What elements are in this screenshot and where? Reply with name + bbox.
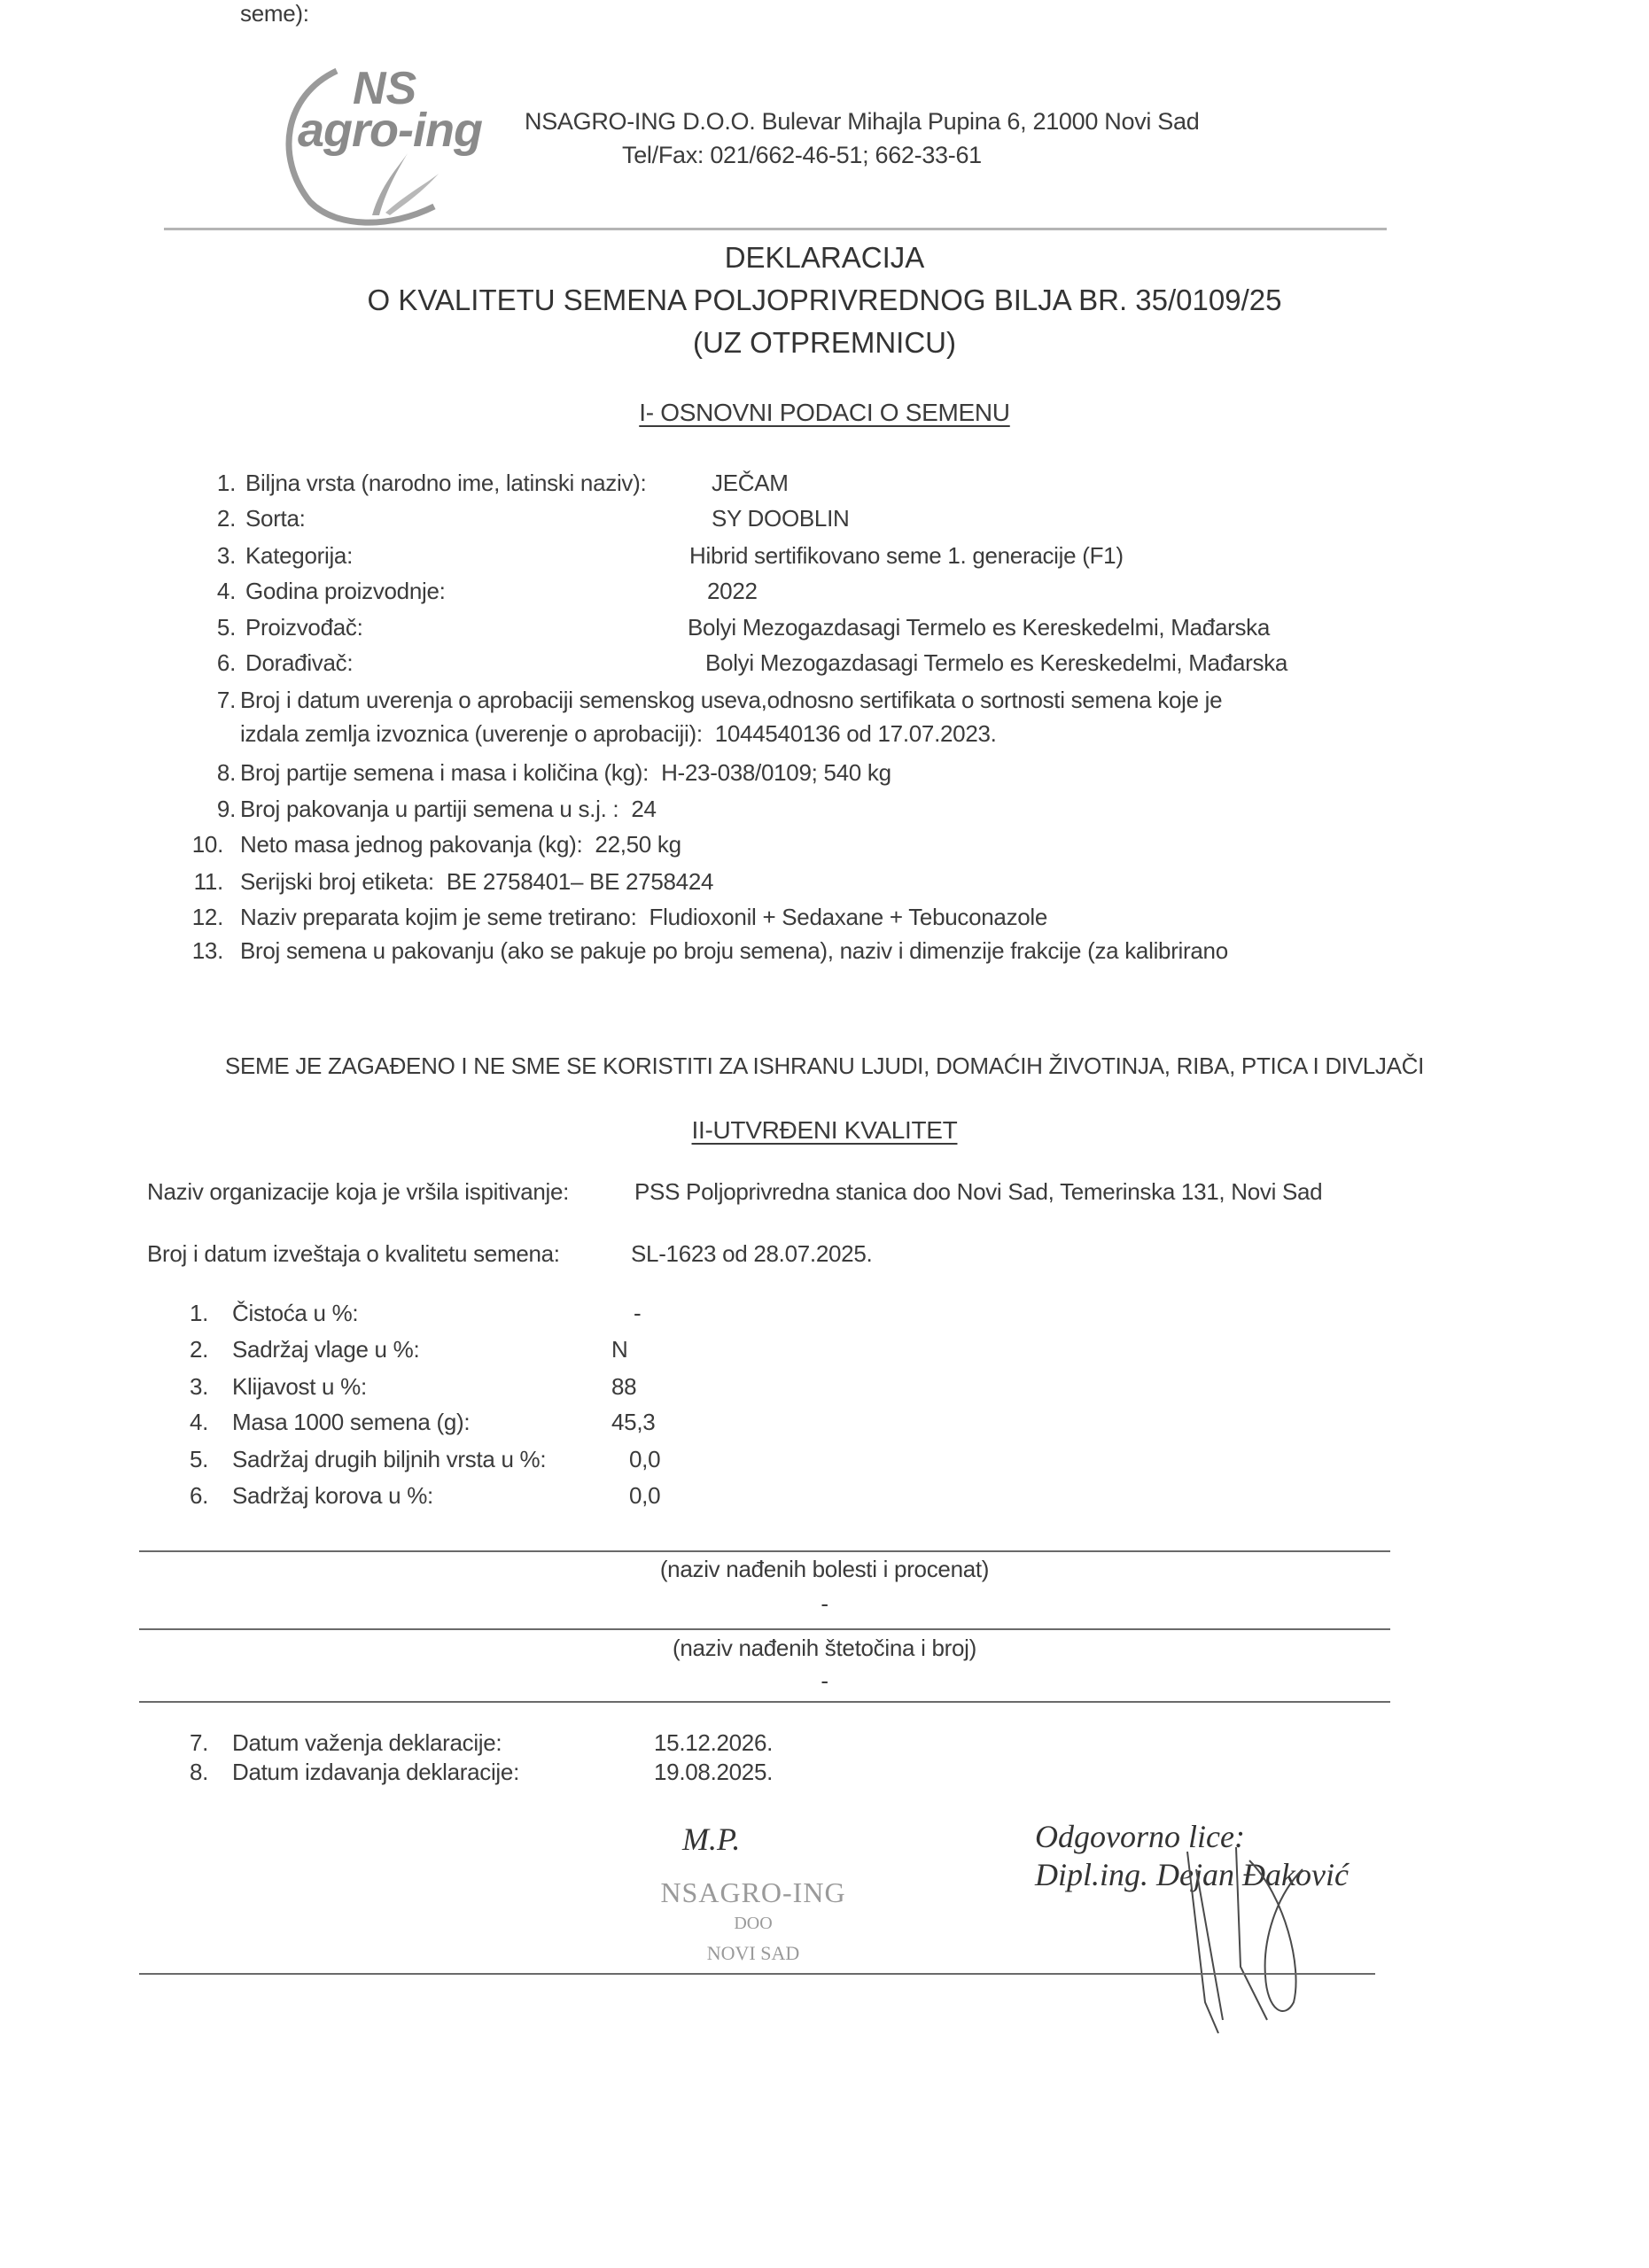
item-label: Biljna vrsta (narodno ime, latinski nazi…: [245, 470, 646, 497]
item-number: 6.: [200, 649, 236, 677]
item-number: 5.: [200, 614, 236, 641]
quality-item-value: 45,3: [611, 1409, 655, 1436]
section2-heading: II-UTVRĐENI KVALITET: [0, 1116, 1649, 1145]
pests-value: -: [0, 1667, 1649, 1695]
item-value: H-23-038/0109; 540 kg: [661, 759, 891, 787]
item-label: Broj partije semena i masa i količina (k…: [240, 759, 649, 787]
company-stamp-type: DOO: [620, 1914, 886, 1934]
item-number: 12.: [188, 904, 223, 931]
divider-diseases-top: [139, 1550, 1390, 1552]
item-value: 24: [631, 796, 656, 823]
date-item-number: 7.: [190, 1729, 208, 1757]
item-value: SY DOOBLIN: [712, 505, 849, 532]
item-label: Dorađivač:: [245, 649, 353, 677]
quality-item-label: Sadržaj drugih biljnih vrsta u %:: [232, 1446, 546, 1473]
item-number: 10.: [188, 831, 223, 858]
item-value: Bolyi Mezogazdasagi Termelo es Kereskede…: [688, 614, 1270, 641]
quality-item-number: 1.: [190, 1300, 208, 1327]
quality-item-number: 6.: [190, 1482, 208, 1510]
item-value: Fludioxonil + Sedaxane + Tebuconazole: [649, 904, 1048, 931]
quality-item-value: 0,0: [629, 1446, 660, 1473]
item-number: 7.: [200, 687, 236, 714]
item-number: 2.: [200, 505, 236, 532]
item-label: Serijski broj etiketa:: [240, 868, 434, 896]
company-contact: Tel/Fax: 021/662-46-51; 662-33-61: [622, 142, 982, 169]
document-title: DEKLARACIJA: [0, 241, 1649, 275]
item-value: BE 2758401– BE 2758424: [447, 868, 713, 896]
document-subtitle: O KVALITETU SEMENA POLJOPRIVREDNOG BILJA…: [0, 283, 1649, 317]
signature-baseline: [139, 1973, 1375, 1975]
item-label: Broj pakovanja u partiji semena u s.j. :: [240, 796, 618, 823]
report-label: Broj i datum izveštaja o kvalitetu semen…: [147, 1240, 560, 1268]
quality-item-label: Čistoća u %:: [232, 1300, 358, 1327]
item-value: 2022: [707, 578, 758, 605]
quality-item-label: Sadržaj vlage u %:: [232, 1336, 419, 1363]
item-value: 22,50 kg: [595, 831, 681, 858]
item-label-continued: izdala zemlja izvoznica (uverenje o apro…: [240, 720, 703, 748]
item-label: Neto masa jednog pakovanja (kg):: [240, 831, 582, 858]
pests-caption: (naziv nađenih štetočina i broj): [0, 1635, 1649, 1662]
seal-placeholder: M.P.: [682, 1821, 740, 1858]
contamination-warning: SEME JE ZAGAĐENO I NE SME SE KORISTITI Z…: [0, 1052, 1649, 1080]
item-label: Naziv preparata kojim je seme tretirano:: [240, 904, 637, 931]
testing-org-label: Naziv organizacije koja je vršila ispiti…: [147, 1178, 569, 1206]
quality-item-label: Sadržaj korova u %:: [232, 1482, 433, 1510]
item-number: 3.: [200, 542, 236, 570]
divider-pests-bottom: [139, 1701, 1390, 1703]
item-label: Broj semena u pakovanju (ako se pakuje p…: [240, 937, 1228, 965]
testing-org-value: PSS Poljoprivredna stanica doo Novi Sad,…: [634, 1178, 1322, 1206]
item-number: 4.: [200, 578, 236, 605]
signature-icon: [1152, 1843, 1329, 2038]
item-value: 1044540136 od 17.07.2023.: [715, 720, 997, 748]
item-value: Bolyi Mezogazdasagi Termelo es Kereskede…: [705, 649, 1287, 677]
date-item-value: 19.08.2025.: [654, 1759, 773, 1786]
item-label: Sorta:: [245, 505, 306, 532]
quality-item-number: 4.: [190, 1409, 208, 1436]
company-stamp-city: NOVI SAD: [620, 1942, 886, 1965]
item-label: Godina proizvodnje:: [245, 578, 446, 605]
quality-item-value: 0,0: [629, 1482, 660, 1510]
section1-heading: I- OSNOVNI PODACI O SEMENU: [0, 399, 1649, 427]
diseases-caption: (naziv nađenih bolesti i procenat): [0, 1556, 1649, 1583]
company-logo: NS agro-ing: [275, 60, 496, 229]
company-stamp-name: NSAGRO-ING: [620, 1876, 886, 1909]
header-divider: [164, 228, 1387, 230]
quality-item-label: Klijavost u %:: [232, 1373, 367, 1401]
diseases-value: -: [0, 1590, 1649, 1618]
date-item-value: 15.12.2026.: [654, 1729, 773, 1757]
item-label-continued: seme):: [240, 0, 309, 27]
date-item-label: Datum važenja deklaracije:: [232, 1729, 502, 1757]
item-number: 11.: [188, 868, 223, 896]
item-number: 9.: [200, 796, 236, 823]
quality-item-value: -: [634, 1300, 641, 1327]
quality-item-number: 2.: [190, 1336, 208, 1363]
item-number: 8.: [200, 759, 236, 787]
date-item-label: Datum izdavanja deklaracije:: [232, 1759, 519, 1786]
date-item-number: 8.: [190, 1759, 208, 1786]
quality-item-value: 88: [611, 1373, 636, 1401]
logo-text-agro-ing: agro-ing: [298, 103, 482, 158]
company-address: NSAGRO-ING D.O.O. Bulevar Mihajla Pupina…: [525, 108, 1199, 136]
divider-pests-top: [139, 1628, 1390, 1630]
quality-item-number: 5.: [190, 1446, 208, 1473]
quality-item-label: Masa 1000 semena (g):: [232, 1409, 470, 1436]
item-number: 1.: [200, 470, 236, 497]
document-subtitle-note: (UZ OTPREMNICU): [0, 326, 1649, 360]
quality-item-value: N: [611, 1336, 627, 1363]
item-value: JEČAM: [712, 470, 789, 497]
item-label: Broj i datum uverenja o aprobaciji semen…: [240, 687, 1222, 714]
item-number: 13.: [188, 937, 223, 965]
item-label: Proizvođač:: [245, 614, 363, 641]
item-value: Hibrid sertifikovano seme 1. generacije …: [689, 542, 1124, 570]
item-label: Kategorija:: [245, 542, 353, 570]
quality-item-number: 3.: [190, 1373, 208, 1401]
report-value: SL-1623 od 28.07.2025.: [631, 1240, 872, 1268]
